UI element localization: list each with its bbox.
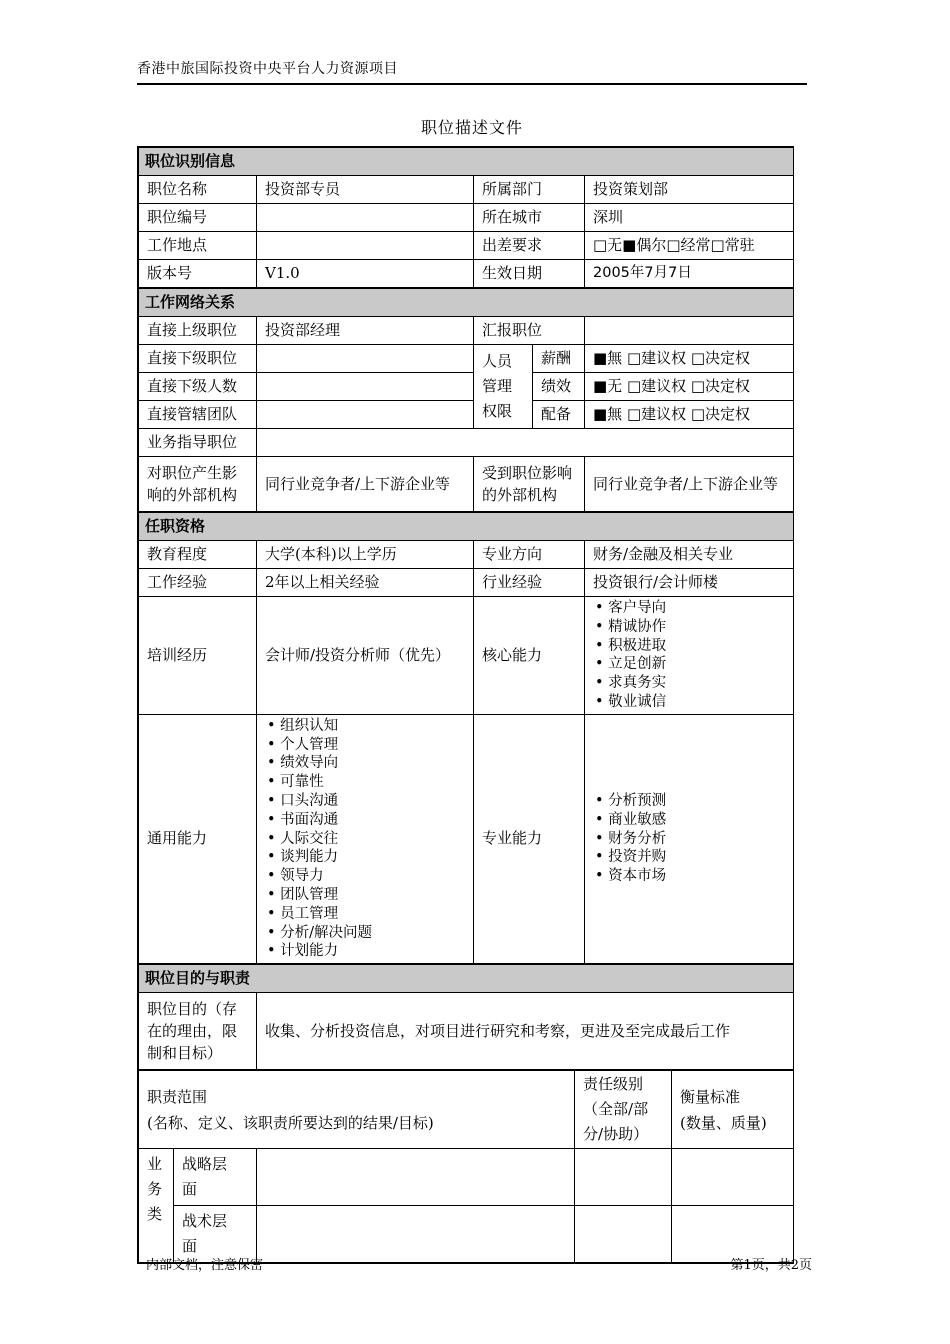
salary-checkboxes: ■無 □建议权 □决定权 [585, 345, 794, 373]
list-item: 组织认知 [267, 717, 469, 736]
job-description-table: 职位识别信息 职位名称 投资部专员 所属部门 投资策划部 职位编号 所在城市 深… [137, 146, 794, 1264]
staffing-label: 配备 [533, 401, 585, 429]
department-label: 所属部门 [474, 176, 585, 204]
list-item: 精诚协作 [595, 618, 789, 637]
superior-label: 直接上级职位 [139, 317, 257, 345]
section-header-qualifications: 任职资格 [139, 513, 794, 541]
education-label: 教育程度 [139, 541, 257, 569]
list-item: 团队管理 [267, 886, 469, 905]
footer-confidentiality: 内部文档，注意保密 [146, 1254, 263, 1273]
list-item: 口头沟通 [267, 792, 469, 811]
training-label: 培训经历 [139, 597, 257, 715]
effective-date-value: 2005年7月7日 [585, 260, 794, 288]
measure-note: (数量、质量) [680, 1110, 785, 1136]
list-item: 员工管理 [267, 905, 469, 924]
section-purpose: 职位目的与职责 职位目的（存在的理由，限制和目标） 收集、分析投资信息，对项目进… [138, 964, 794, 1070]
purpose-value: 收集、分析投资信息，对项目进行研究和考察，更进及至完成最后工作 [257, 993, 794, 1070]
city-value: 深圳 [585, 204, 794, 232]
version-value: V1.0 [257, 260, 474, 288]
list-item: 书面沟通 [267, 811, 469, 830]
section-qualifications: 任职资格 教育程度 大学(本科)以上学历 专业方向 财务/金融及相关专业 工作经… [138, 512, 794, 964]
report-to-value [585, 317, 794, 345]
subordinate-value [257, 345, 474, 373]
list-item: 分析预测 [595, 792, 789, 811]
performance-label: 绩效 [533, 373, 585, 401]
measure-header: 衡量标准 (数量、质量) [672, 1071, 794, 1149]
section-responsibilities: 职责范围 (名称、定义、该职责所要达到的结果/目标) 责任级别（全部/部分/协助… [138, 1070, 794, 1263]
salary-label: 薪酬 [533, 345, 585, 373]
section-network: 工作网络关系 直接上级职位 投资部经理 汇报职位 直接下级职位 人员管理权限 薪… [138, 288, 794, 512]
work-location-value [257, 232, 474, 260]
affects-label: 对职位产生影响的外部机构 [139, 457, 257, 512]
list-item: 可靠性 [267, 773, 469, 792]
general-abilities-label: 通用能力 [139, 714, 257, 963]
major-value: 财务/金融及相关专业 [585, 541, 794, 569]
page-header: 香港中旅国际投资中央平台人力资源项目 [137, 58, 807, 85]
section-header-purpose: 职位目的与职责 [139, 965, 794, 993]
experience-value: 2年以上相关经验 [257, 569, 474, 597]
performance-checkboxes: ■无 □建议权 □决定权 [585, 373, 794, 401]
version-label: 版本号 [139, 260, 257, 288]
strategic-level-cell [575, 1149, 672, 1206]
list-item: 立足创新 [595, 655, 789, 674]
report-to-label: 汇报职位 [474, 317, 585, 345]
list-item: 人际交往 [267, 830, 469, 849]
section-identification: 职位识别信息 职位名称 投资部专员 所属部门 投资策划部 职位编号 所在城市 深… [138, 147, 794, 288]
section-header-identification: 职位识别信息 [139, 148, 794, 176]
tactical-duty-cell [257, 1206, 575, 1263]
education-value: 大学(本科)以上学历 [257, 541, 474, 569]
team-value [257, 401, 474, 429]
staffing-checkboxes: ■無 □建议权 □决定权 [585, 401, 794, 429]
team-label: 直接管辖团队 [139, 401, 257, 429]
guidance-label: 业务指导职位 [139, 429, 257, 457]
professional-abilities-label: 专业能力 [474, 714, 585, 963]
hr-authority-label: 人员管理权限 [474, 345, 533, 429]
job-code-value [257, 204, 474, 232]
affects-value: 同行业竞争者/上下游企业等 [257, 457, 474, 512]
core-abilities-label: 核心能力 [474, 597, 585, 715]
strategic-measure-cell [672, 1149, 794, 1206]
job-code-label: 职位编号 [139, 204, 257, 232]
purpose-label: 职位目的（存在的理由，限制和目标） [139, 993, 257, 1070]
industry-value: 投资银行/会计师楼 [585, 569, 794, 597]
travel-label: 出差要求 [474, 232, 585, 260]
document-page: 香港中旅国际投资中央平台人力资源项目 职位描述文件 职位识别信息 职位名称 投资… [0, 0, 950, 1344]
list-item: 个人管理 [267, 736, 469, 755]
list-item: 商业敏感 [595, 811, 789, 830]
core-abilities-list: 客户导向 精诚协作 积极进取 立足创新 求真务实 敬业诚信 [585, 597, 794, 715]
list-item: 计划能力 [267, 942, 469, 961]
section-header-network: 工作网络关系 [139, 289, 794, 317]
list-item: 资本市场 [595, 867, 789, 886]
measure-label: 衡量标准 [680, 1084, 785, 1110]
travel-checkboxes: □无■偶尔□经常□常驻 [585, 232, 794, 260]
guidance-value [257, 429, 794, 457]
job-title-value: 投资部专员 [257, 176, 474, 204]
superior-value: 投资部经理 [257, 317, 474, 345]
general-abilities-list: 组织认知 个人管理 绩效导向 可靠性 口头沟通 书面沟通 人际交往 谈判能力 领… [257, 714, 474, 963]
department-value: 投资策划部 [585, 176, 794, 204]
list-item: 领导力 [267, 867, 469, 886]
job-title-label: 职位名称 [139, 176, 257, 204]
list-item: 绩效导向 [267, 754, 469, 773]
scope-label: 职责范围 [147, 1084, 566, 1110]
list-item: 谈判能力 [267, 848, 469, 867]
doc-title: 职位描述文件 [137, 115, 807, 138]
affected-value: 同行业竞争者/上下游企业等 [585, 457, 794, 512]
training-value: 会计师/投资分析师（优先） [257, 597, 474, 715]
scope-note: (名称、定义、该职责所要达到的结果/目标) [147, 1110, 566, 1136]
professional-abilities-list: 分析预测 商业敏感 财务分析 投资并购 资本市场 [585, 714, 794, 963]
strategic-duty-cell [257, 1149, 575, 1206]
list-item: 财务分析 [595, 830, 789, 849]
effective-date-label: 生效日期 [474, 260, 585, 288]
work-location-label: 工作地点 [139, 232, 257, 260]
strategic-layer-label: 战略层面 [174, 1149, 257, 1206]
scope-header: 职责范围 (名称、定义、该职责所要达到的结果/目标) [139, 1071, 575, 1149]
footer-page-number: 第1页，共2页 [730, 1254, 812, 1273]
subordinate-label: 直接下级职位 [139, 345, 257, 373]
major-label: 专业方向 [474, 541, 585, 569]
list-item: 投资并购 [595, 848, 789, 867]
business-class-label: 业务类 [139, 1149, 174, 1263]
responsibility-level-header: 责任级别（全部/部分/协助） [575, 1071, 672, 1149]
city-label: 所在城市 [474, 204, 585, 232]
affected-label: 受到职位影响的外部机构 [474, 457, 585, 512]
subordinate-count-label: 直接下级人数 [139, 373, 257, 401]
list-item: 客户导向 [595, 599, 789, 618]
list-item: 求真务实 [595, 674, 789, 693]
list-item: 敬业诚信 [595, 693, 789, 712]
list-item: 分析/解决问题 [267, 924, 469, 943]
experience-label: 工作经验 [139, 569, 257, 597]
subordinate-count-value [257, 373, 474, 401]
list-item: 积极进取 [595, 637, 789, 656]
industry-label: 行业经验 [474, 569, 585, 597]
tactical-level-cell [575, 1206, 672, 1263]
